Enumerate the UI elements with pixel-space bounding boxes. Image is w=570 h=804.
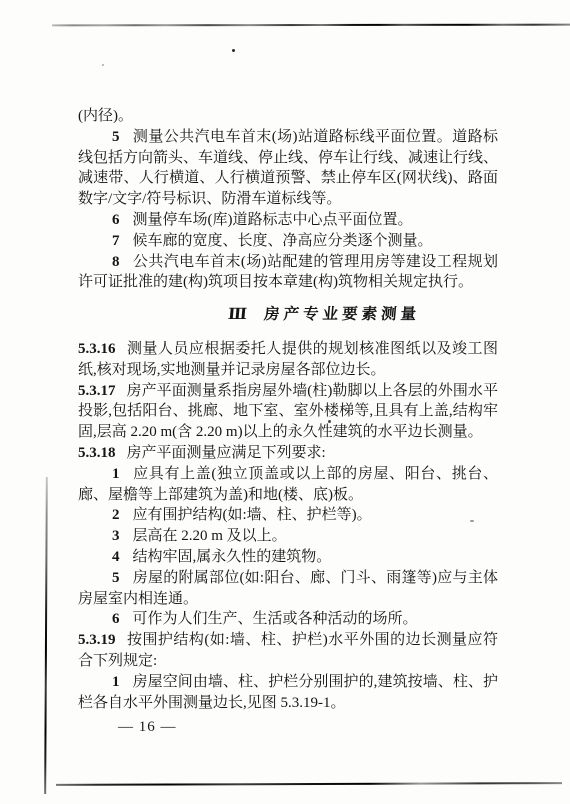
- clause-number: 8: [112, 254, 120, 270]
- subclause-2: 2应有围护结构(如:墙、柱、护栏等)。: [78, 505, 498, 526]
- clause-number: 5: [112, 570, 120, 586]
- clause-number: 3: [112, 528, 120, 544]
- clause-number: 1: [112, 466, 120, 482]
- text-column: (内径)。 5测量公共汽电车首末(场)站道路标线平面位置。道路标线包括方向箭头、…: [78, 106, 498, 713]
- clause-number: 1: [112, 674, 120, 690]
- clause-number: 6: [112, 212, 120, 228]
- clause-number: 4: [112, 549, 120, 565]
- section-number: 5.3.16: [78, 341, 116, 357]
- section-5-3-18: 5.3.18房产平面测量应满足下列要求:: [78, 443, 498, 464]
- clause-text: 房产平面测量应满足下列要求:: [127, 445, 326, 461]
- clause-text: 可作为人们生产、生活或各种活动的场所。: [133, 611, 418, 627]
- clause-text: 房屋空间由墙、柱、护栏分别围护的,建筑按墙、柱、护栏各自水平外围测量边长,见图 …: [78, 674, 498, 711]
- section-number: 5.3.19: [78, 632, 116, 648]
- clause-text: 测量公共汽电车首末(场)站道路标线平面位置。道路标线包括方向箭头、车道线、停止线…: [78, 129, 498, 207]
- clause-item-6: 6测量停车场(库)道路标志中心点平面位置。: [78, 210, 498, 231]
- clause-number: 5: [112, 129, 120, 145]
- scanned-document-page: (内径)。 5测量公共汽电车首末(场)站道路标线平面位置。道路标线包括方向箭头、…: [0, 0, 570, 804]
- section-5-3-16: 5.3.16测量人员应根据委托人提供的规划核准图纸以及竣工图纸,核对现场,实地测…: [78, 339, 498, 381]
- clause-number: 6: [112, 611, 120, 627]
- clause-number: 2: [112, 507, 120, 523]
- subclause-1: 1应具有上盖(独立顶盖或以上部的房屋、阳台、挑台、廊、屋檐等上部建筑为盖)和地(…: [78, 464, 498, 506]
- clause-text: (内径)。: [78, 108, 133, 124]
- clause-text: 结构牢固,属永久性的建筑物。: [133, 549, 332, 565]
- clause-text: 候车廊的宽度、长度、净高应分类逐个测量。: [133, 233, 433, 249]
- clause-text: 房屋的附属部位(如:阳台、廊、门斗、雨篷等)应与主体房屋室内相连通。: [78, 570, 498, 607]
- section-title: 房产专业要素测量: [263, 305, 421, 326]
- subclause-5: 5房屋的附属部位(如:阳台、廊、门斗、雨篷等)应与主体房屋室内相连通。: [78, 568, 498, 610]
- section-heading: Ⅲ房产专业要素测量: [228, 305, 498, 326]
- clause-text: 应具有上盖(独立顶盖或以上部的房屋、阳台、挑台、廊、屋檐等上部建筑为盖)和地(楼…: [78, 466, 498, 503]
- clause-item-5: 5测量公共汽电车首末(场)站道路标线平面位置。道路标线包括方向箭头、车道线、停止…: [78, 127, 498, 210]
- scan-edge-left-line: [44, 477, 48, 794]
- subclause-3: 3层高在 2.20 m 及以上。: [78, 526, 498, 547]
- section-5-3-19: 5.3.19按围护结构(如:墙、柱、护栏)水平外围的边长测量应符合下列规定:: [78, 630, 498, 672]
- clause-text: 公共汽电车首末(场)站配建的管理用房等建设工程规划许可证批准的建(构)筑项目按本…: [78, 254, 498, 291]
- clause-number: 7: [112, 233, 120, 249]
- section-number: 5.3.18: [78, 445, 116, 461]
- scan-speck: [102, 64, 104, 66]
- subclause-6: 6可作为人们生产、生活或各种活动的场所。: [78, 609, 498, 630]
- scan-edge-top-line: [52, 24, 570, 27]
- page-number: — 16 —: [118, 717, 177, 737]
- scan-edge-bottom-line: [56, 782, 562, 786]
- clause-text: 层高在 2.20 m 及以上。: [133, 528, 287, 544]
- scan-speck: [232, 49, 235, 52]
- clause-text: 测量人员应根据委托人提供的规划核准图纸以及竣工图纸,核对现场,实地测量并记录房屋…: [78, 341, 498, 378]
- subclause-1b: 1房屋空间由墙、柱、护栏分别围护的,建筑按墙、柱、护栏各自水平外围测量边长,见图…: [78, 672, 498, 714]
- section-5-3-17: 5.3.17房产平面测量系指房屋外墙(柱)勒脚以上各层的外围水平投影,包括阳台、…: [78, 381, 498, 443]
- clause-text: 房产平面测量系指房屋外墙(柱)勒脚以上各层的外围水平投影,包括阳台、挑廊、地下室…: [78, 383, 498, 441]
- clause-text: 应有围护结构(如:墙、柱、护栏等)。: [133, 507, 372, 523]
- clause-text: 按围护结构(如:墙、柱、护栏)水平外围的边长测量应符合下列规定:: [78, 632, 498, 669]
- paragraph-continuation: (内径)。: [78, 106, 498, 127]
- clause-text: 测量停车场(库)道路标志中心点平面位置。: [133, 212, 413, 228]
- section-numeral: Ⅲ: [227, 305, 248, 326]
- subclause-4: 4结构牢固,属永久性的建筑物。: [78, 547, 498, 568]
- clause-item-8: 8公共汽电车首末(场)站配建的管理用房等建设工程规划许可证批准的建(构)筑项目按…: [78, 252, 498, 294]
- section-number: 5.3.17: [78, 383, 116, 399]
- clause-item-7: 7候车廊的宽度、长度、净高应分类逐个测量。: [78, 231, 498, 252]
